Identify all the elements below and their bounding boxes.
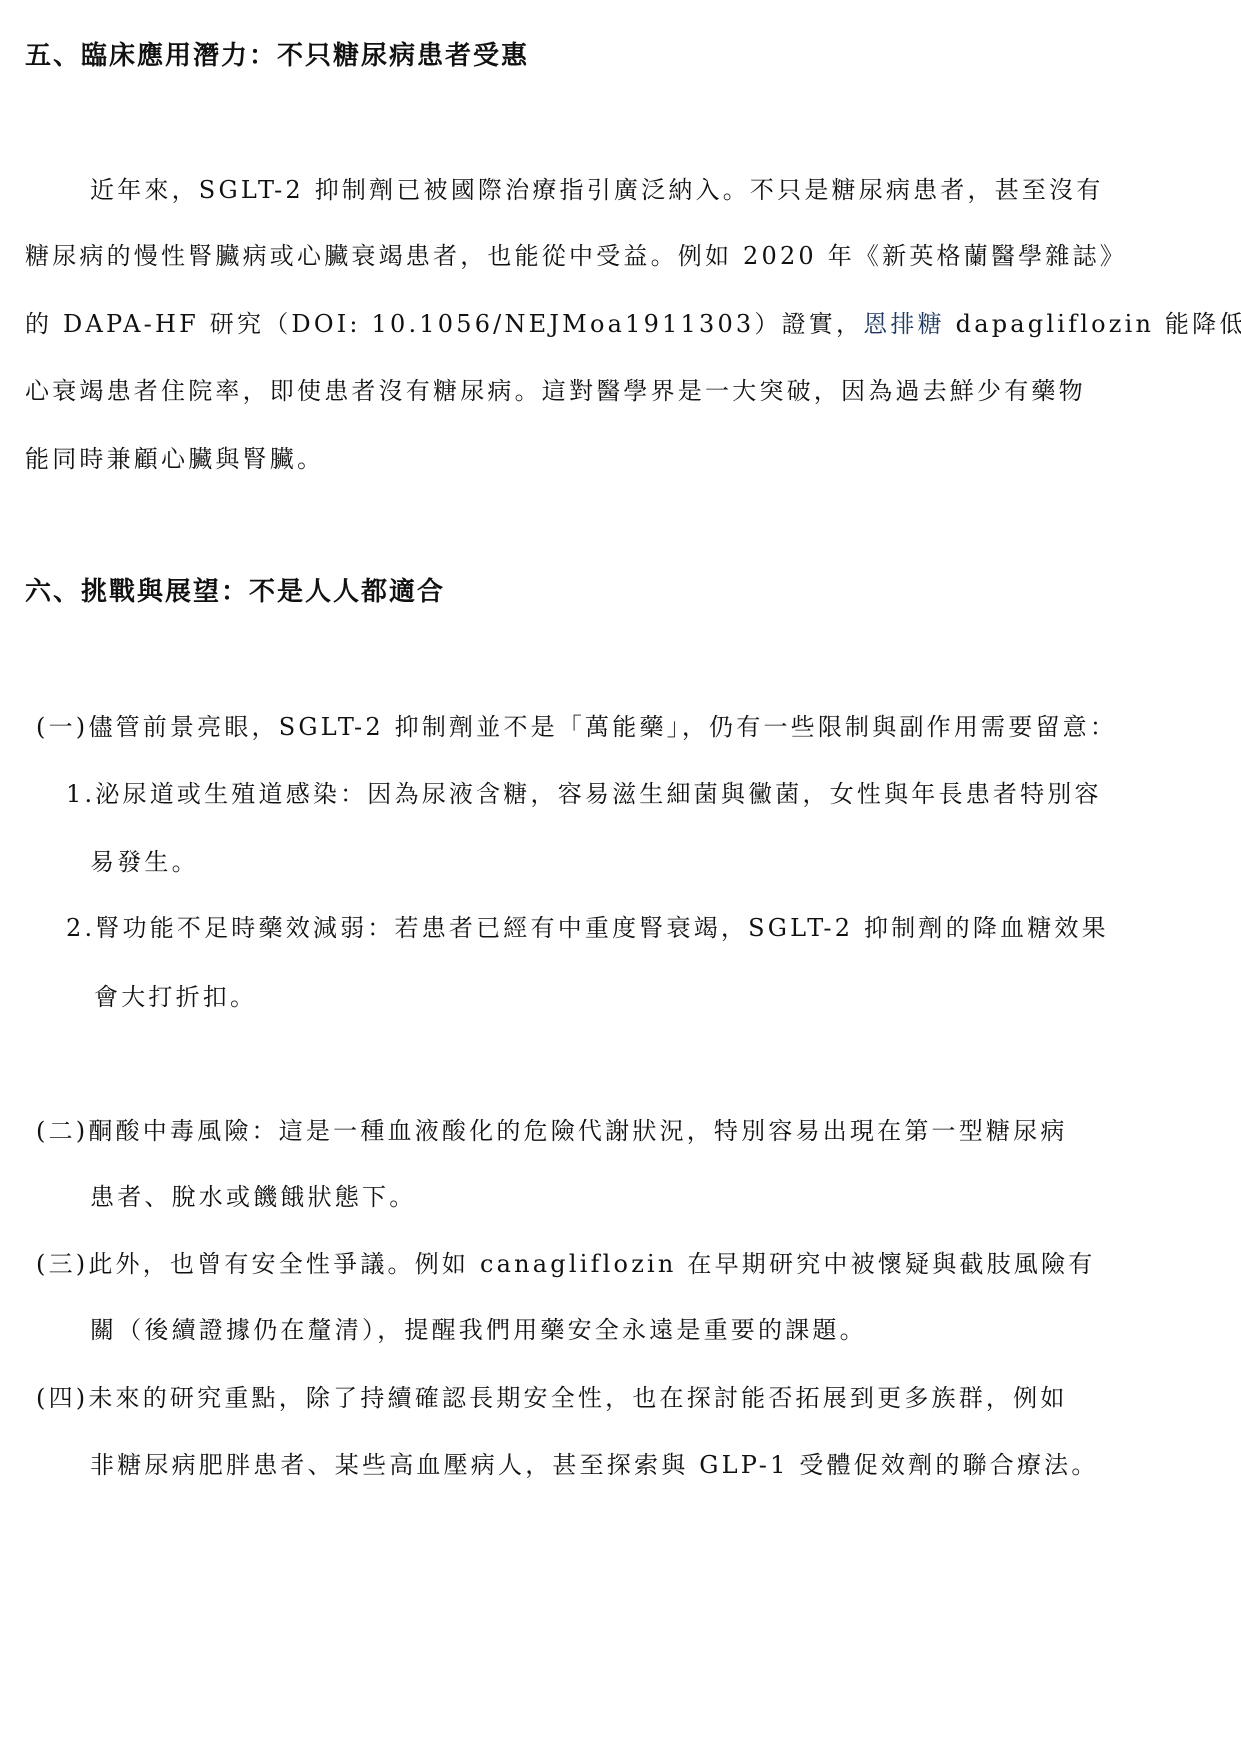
item-4-line-1: (四)未來的研究重點，除了持續確認長期安全性，也在探討能否拓展到更多族群，例如: [36, 1382, 1068, 1414]
paragraph-text: dapagliflozin 能降低: [945, 310, 1241, 338]
item-3-line-2: 關（後續證據仍在釐清），提醒我們用藥安全永遠是重要的課題。: [90, 1314, 867, 1346]
item-2-marker: (二): [36, 1117, 88, 1145]
item-3-marker: (三): [36, 1250, 88, 1278]
section-5-paragraph-line-1: 近年來，SGLT-2 抑制劑已被國際治療指引廣泛納入。不只是糖尿病患者，甚至沒有: [90, 174, 1104, 206]
section-5-paragraph-line-2: 糖尿病的慢性腎臟病或心臟衰竭患者，也能從中受益。例如 2020 年《新英格蘭醫學…: [25, 240, 1127, 272]
section-5-heading: 五、臨床應用潛力：不只糖尿病患者受惠: [25, 40, 529, 72]
drug-name-highlight: 恩排糖: [863, 310, 945, 338]
item-2-text: 酮酸中毒風險：這是一種血液酸化的危險代謝狀況，特別容易出現在第一型糖尿病: [88, 1117, 1067, 1145]
subitem-1-marker: 1.: [66, 780, 95, 808]
section-5-paragraph-line-4: 心衰竭患者住院率，即使患者沒有糖尿病。這對醫學界是一大突破，因為過去鮮少有藥物: [25, 375, 1086, 407]
subitem-1-line-2: 易發生。: [90, 846, 199, 878]
section-6-heading: 六、挑戰與展望：不是人人都適合: [25, 576, 445, 608]
item-4-marker: (四): [36, 1384, 88, 1412]
item-2-line-2: 患者、脫水或饑餓狀態下。: [90, 1181, 416, 1213]
item-1-marker: (一): [36, 713, 88, 741]
item-1-text: 儘管前景亮眼，SGLT-2 抑制劑並不是「萬能藥」，仍有一些限制與副作用需要留意…: [88, 713, 1117, 741]
subitem-2-line-1: 2.腎功能不足時藥效減弱：若患者已經有中重度腎衰竭，SGLT-2 抑制劑的降血糖…: [66, 912, 1109, 944]
subitem-1-line-1: 1.泌尿道或生殖道感染：因為尿液含糖，容易滋生細菌與黴菌，女性與年長患者特別容: [66, 778, 1102, 810]
item-4-text: 未來的研究重點，除了持續確認長期安全性，也在探討能否拓展到更多族群，例如: [88, 1384, 1067, 1412]
subitem-1-text: 泌尿道或生殖道感染：因為尿液含糖，容易滋生細菌與黴菌，女性與年長患者特別容: [95, 780, 1101, 808]
section-5-paragraph-line-3: 的 DAPA-HF 研究（DOI: 10.1056/NEJMoa1911303）…: [25, 308, 1241, 340]
item-1-line: (一)儘管前景亮眼，SGLT-2 抑制劑並不是「萬能藥」，仍有一些限制與副作用需…: [36, 711, 1117, 743]
item-3-text: 此外，也曾有安全性爭議。例如 canagliflozin 在早期研究中被懷疑與截…: [88, 1250, 1095, 1278]
section-5-paragraph-line-5: 能同時兼顧心臟與腎臟。: [25, 443, 324, 475]
subitem-2-line-2: 會大打折扣。: [94, 981, 257, 1013]
item-4-line-2: 非糖尿病肥胖患者、某些高血壓病人，甚至探索與 GLP-1 受體促效劑的聯合療法。: [90, 1449, 1099, 1481]
subitem-2-text: 腎功能不足時藥效減弱：若患者已經有中重度腎衰竭，SGLT-2 抑制劑的降血糖效果: [95, 914, 1109, 942]
item-2-line-1: (二)酮酸中毒風險：這是一種血液酸化的危險代謝狀況，特別容易出現在第一型糖尿病: [36, 1115, 1068, 1147]
subitem-2-marker: 2.: [66, 914, 95, 942]
paragraph-text: 的 DAPA-HF 研究（DOI: 10.1056/NEJMoa1911303）…: [25, 310, 863, 338]
item-3-line-1: (三)此外，也曾有安全性爭議。例如 canagliflozin 在早期研究中被懷…: [36, 1248, 1095, 1280]
